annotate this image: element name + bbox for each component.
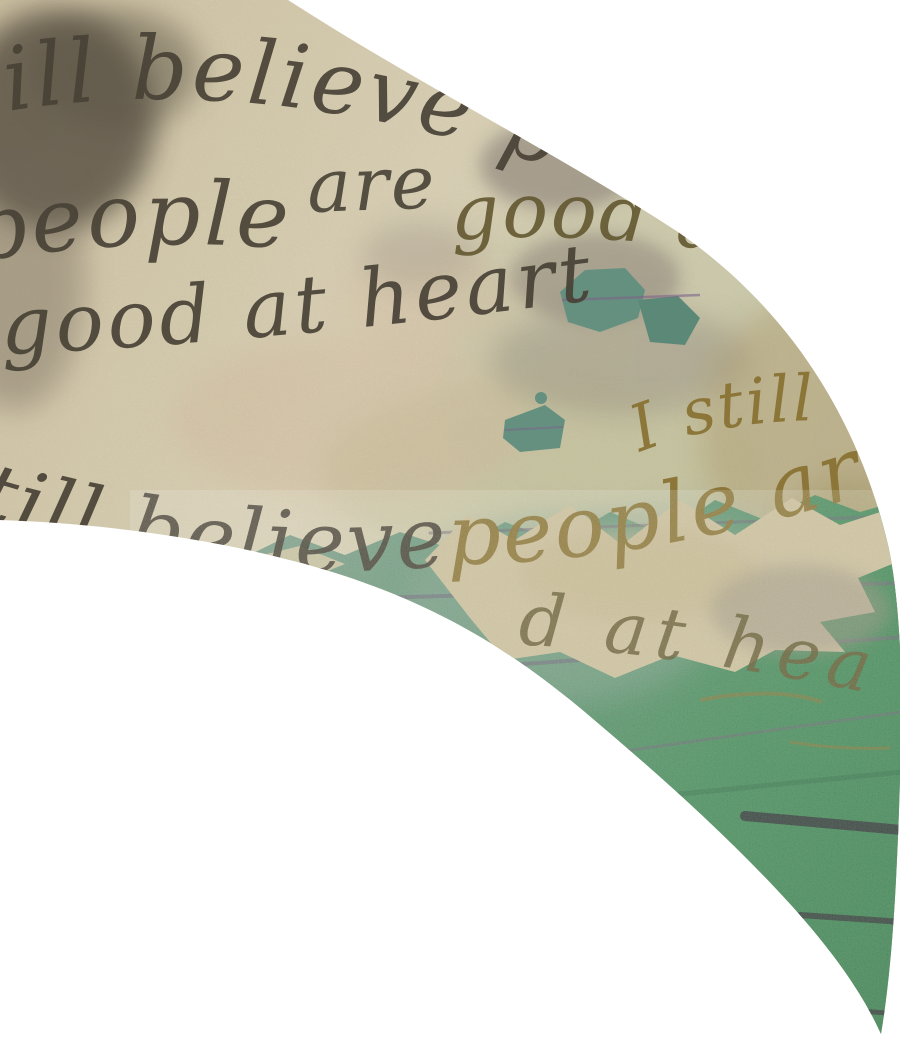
artwork-canvas: till believe pe people are good a good a… [0,0,900,1041]
wood-grain-overlay [130,490,900,1041]
collage-sail-artwork: till believe pe people are good a good a… [0,0,900,1041]
